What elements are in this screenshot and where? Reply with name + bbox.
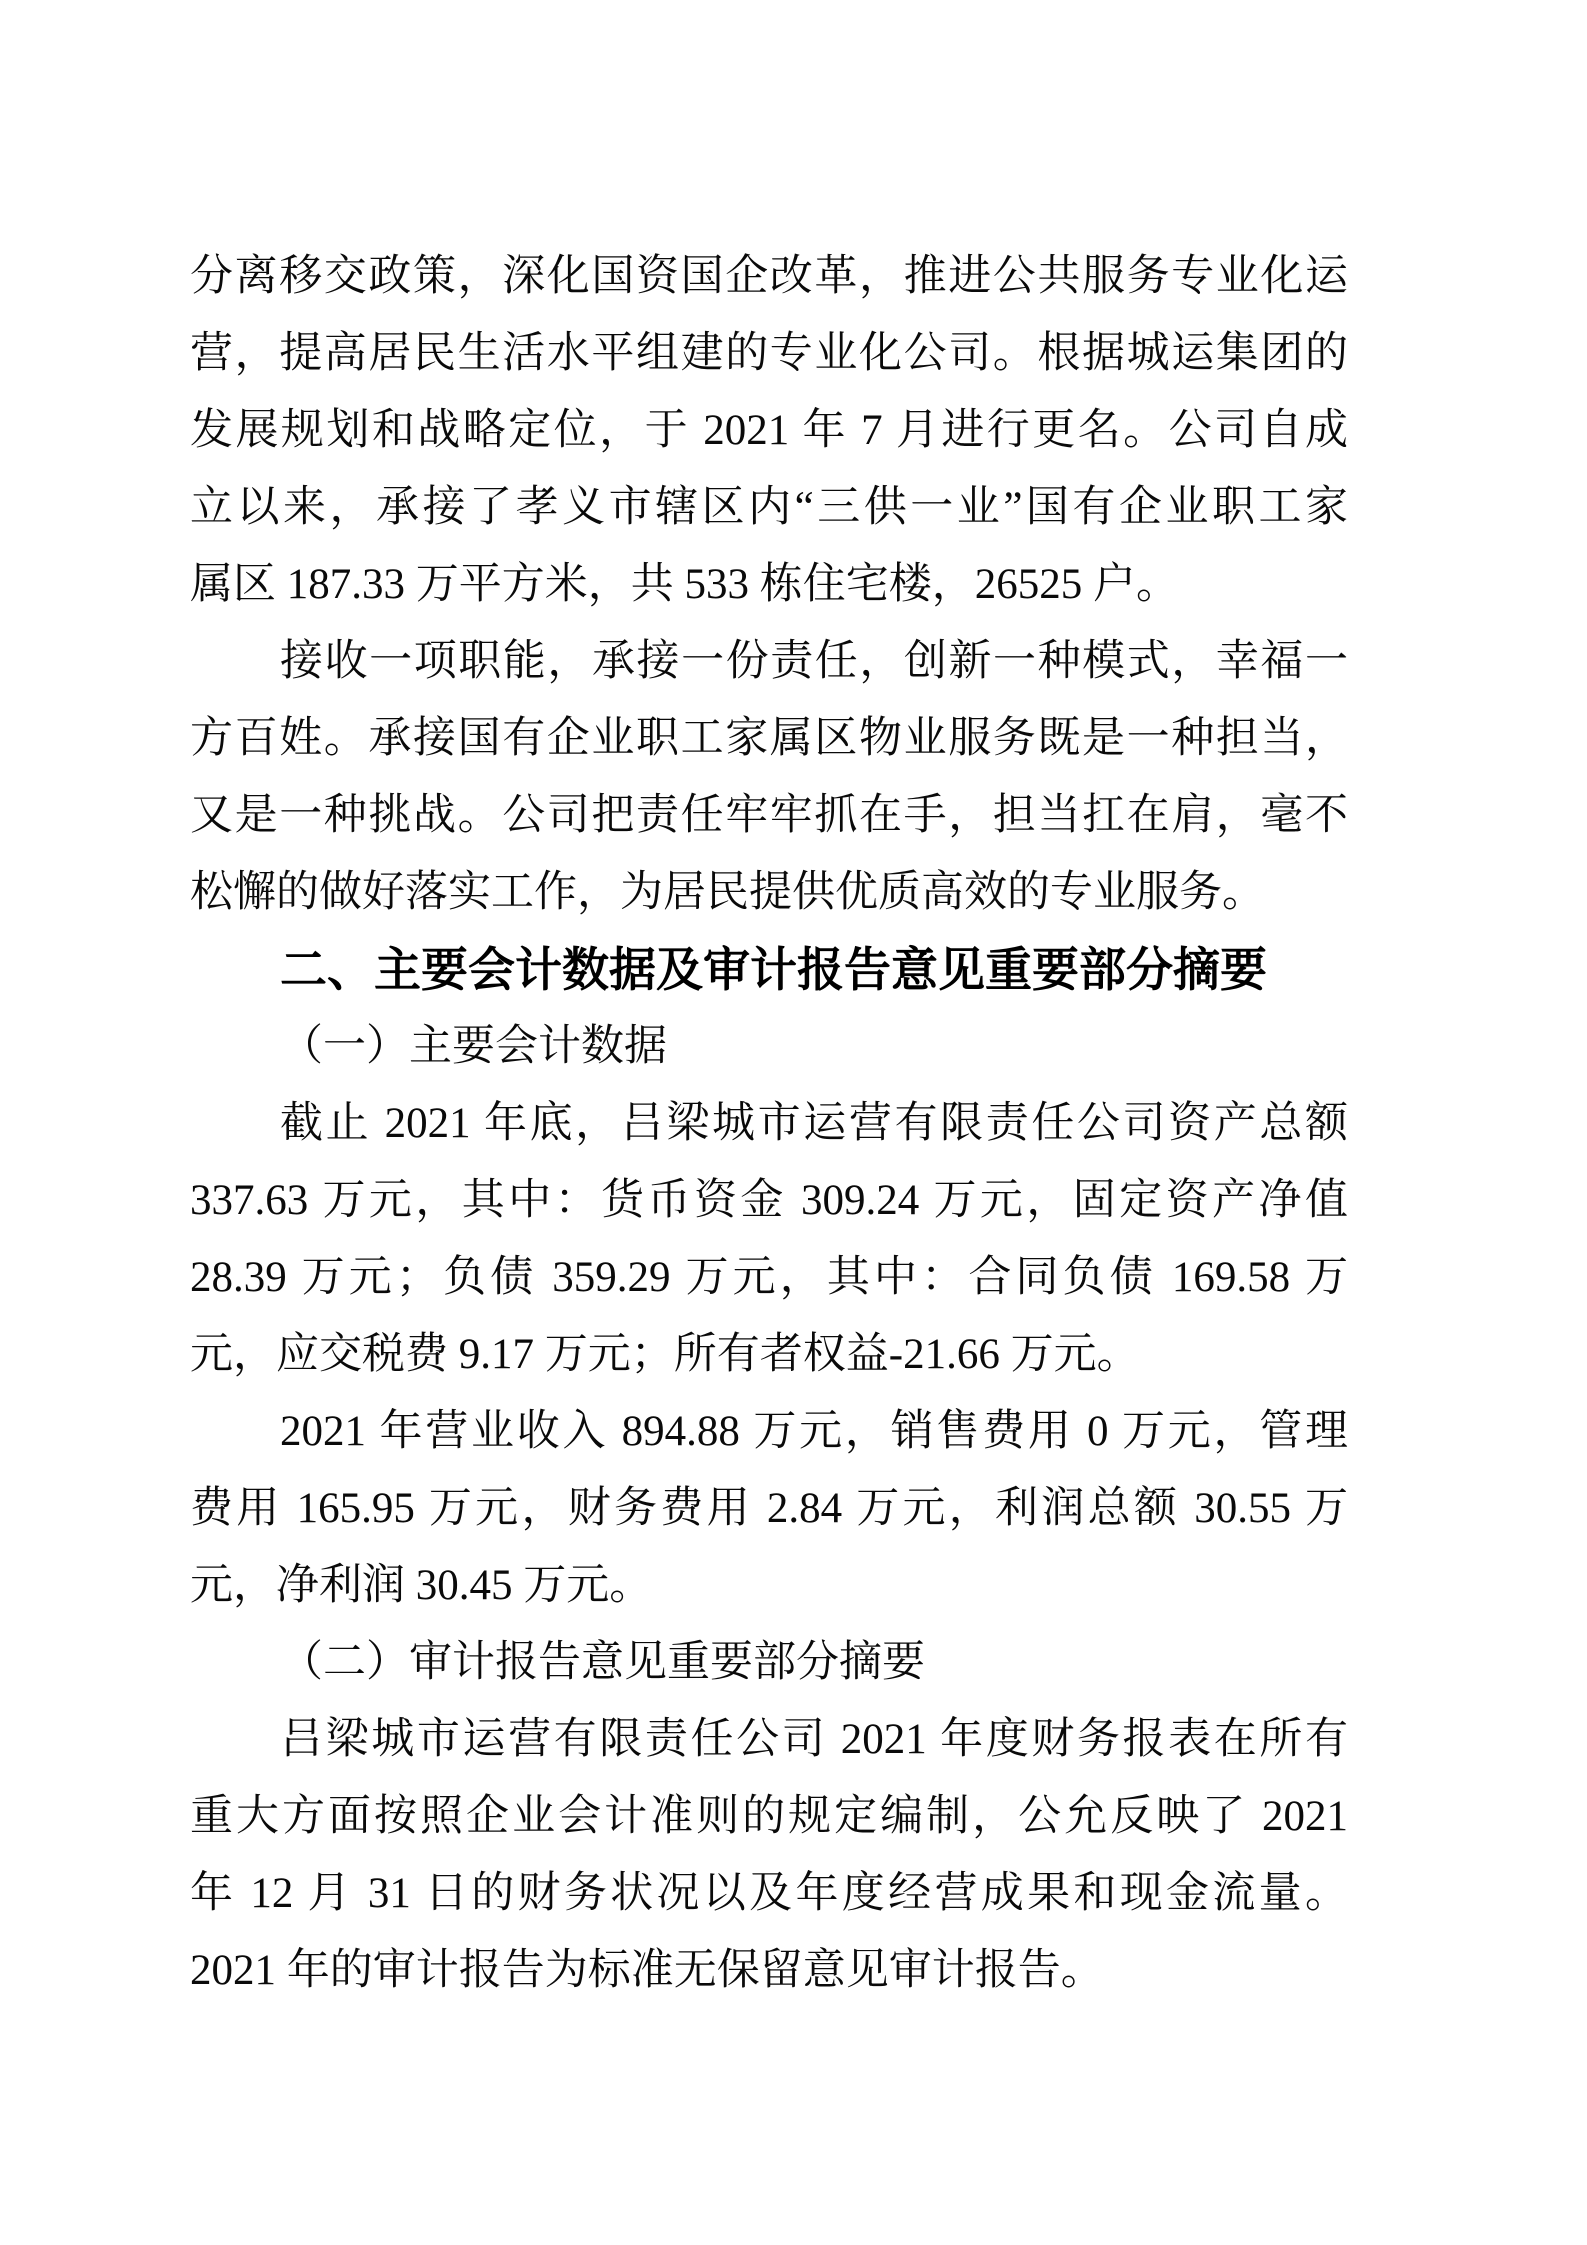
paragraph-line: 分离移交政策，深化国资国企改革，推进公共服务专业化运 (190, 238, 1348, 315)
paragraph-line: 营，提高居民生活水平组建的专业化公司。根据城运集团的 (190, 315, 1348, 392)
section-heading: 二、主要会计数据及审计报告意见重要部分摘要 (190, 931, 1348, 1008)
paragraph-line: 又是一种挑战。公司把责任牢牢抓在手，担当扛在肩，毫不 (190, 777, 1348, 854)
paragraph-line: 2021 年营业收入 894.88 万元，销售费用 0 万元，管理 (190, 1393, 1348, 1470)
subsection-heading: （一）主要会计数据 (190, 1008, 1348, 1085)
paragraph-line: 年 12 月 31 日的财务状况以及年度经营成果和现金流量。 (190, 1855, 1348, 1932)
paragraph-line: 发展规划和战略定位，于 2021 年 7 月进行更名。公司自成 (190, 392, 1348, 469)
paragraph-line: 2021 年的审计报告为标准无保留意见审计报告。 (190, 1932, 1348, 2009)
paragraph-line: 属区 187.33 万平方米，共 533 栋住宅楼，26525 户。 (190, 546, 1348, 623)
paragraph-line: 截止 2021 年底，吕梁城市运营有限责任公司资产总额 (190, 1085, 1348, 1162)
paragraph-line: 元，净利润 30.45 万元。 (190, 1547, 1348, 1624)
paragraph-line: 立以来，承接了孝义市辖区内“三供一业”国有企业职工家 (190, 469, 1348, 546)
paragraph-line: 费用 165.95 万元，财务费用 2.84 万元，利润总额 30.55 万 (190, 1470, 1348, 1547)
paragraph-line: 337.63 万元，其中：货币资金 309.24 万元，固定资产净值 (190, 1162, 1348, 1239)
paragraph-line: 松懈的做好落实工作，为居民提供优质高效的专业服务。 (190, 854, 1348, 931)
paragraph-line: 重大方面按照企业会计准则的规定编制，公允反映了 2021 (190, 1778, 1348, 1855)
paragraph-line: 元，应交税费 9.17 万元；所有者权益-21.66 万元。 (190, 1316, 1348, 1393)
paragraph-line: 28.39 万元；负债 359.29 万元，其中：合同负债 169.58 万 (190, 1239, 1348, 1316)
paragraph-line: 方百姓。承接国有企业职工家属区物业服务既是一种担当， (190, 700, 1348, 777)
paragraph-line: 吕梁城市运营有限责任公司 2021 年度财务报表在所有 (190, 1701, 1348, 1778)
paragraph-line: 接收一项职能，承接一份责任，创新一种模式，幸福一 (190, 623, 1348, 700)
document-page: 分离移交政策，深化国资国企改革，推进公共服务专业化运 营，提高居民生活水平组建的… (0, 0, 1587, 2245)
text-block: 分离移交政策，深化国资国企改革，推进公共服务专业化运 营，提高居民生活水平组建的… (190, 238, 1348, 2009)
subsection-heading: （二）审计报告意见重要部分摘要 (190, 1624, 1348, 1701)
